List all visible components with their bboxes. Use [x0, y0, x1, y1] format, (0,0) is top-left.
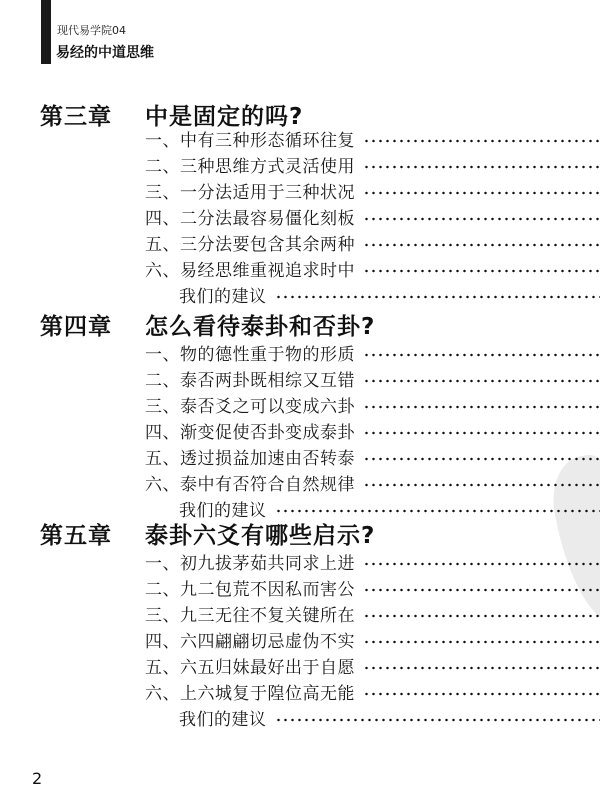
dot-leader: [363, 217, 600, 221]
toc-item-label: 三、九三无往不复关键所在: [145, 601, 355, 625]
toc-item[interactable]: 二、泰否两卦既相综又互错: [145, 366, 600, 390]
chapter-number: 第四章: [40, 308, 145, 341]
toc-item-label: 五、三分法要包含其余两种: [145, 230, 355, 254]
toc-item-label: 五、六五归妹最好出于自愿: [145, 653, 355, 677]
book-title: 易经的中道思维: [56, 42, 154, 62]
toc-item-label: 六、易经思维重视追求时中: [145, 256, 355, 280]
toc-item[interactable]: 二、九二包荒不因私而害公: [145, 575, 600, 599]
toc-item-label: 四、六四翩翩切忌虚伪不实: [145, 627, 355, 651]
dot-leader: [363, 243, 600, 247]
toc-item[interactable]: 四、二分法最容易僵化刻板: [145, 204, 600, 228]
toc-item[interactable]: 一、中有三种形态循环往复: [145, 126, 600, 150]
dot-leader: [363, 666, 600, 670]
dot-leader: [363, 353, 600, 357]
toc-item[interactable]: 三、一分法适用于三种状况: [145, 178, 600, 202]
toc-item-suggestion[interactable]: 我们的建议: [145, 282, 600, 306]
toc-item-label: 我们的建议: [145, 705, 267, 729]
toc-item-label: 六、上六城复于隍位高无能: [145, 679, 355, 703]
toc-item-label: 三、一分法适用于三种状况: [145, 178, 355, 202]
dot-leader: [363, 562, 600, 566]
dot-leader: [363, 640, 600, 644]
toc-item-suggestion[interactable]: 我们的建议: [145, 705, 600, 729]
chapter-heading[interactable]: 第五章 泰卦六爻有哪些启示?: [40, 519, 375, 547]
toc-item-label: 五、透过损益加速由否转泰: [145, 444, 355, 468]
toc-item[interactable]: 六、泰中有否符合自然规律: [145, 470, 600, 494]
dot-leader: [363, 588, 600, 592]
series-label: 现代易学院04: [57, 22, 126, 38]
dot-leader: [363, 614, 600, 618]
toc-item[interactable]: 三、泰否爻之可以变成六卦: [145, 392, 600, 416]
toc-item-label: 四、二分法最容易僵化刻板: [145, 204, 355, 228]
toc-item[interactable]: 五、三分法要包含其余两种: [145, 230, 600, 254]
toc-item[interactable]: 四、渐变促使否卦变成泰卦: [145, 418, 600, 442]
toc-item-label: 二、九二包荒不因私而害公: [145, 575, 355, 599]
dot-leader: [363, 405, 600, 409]
dot-leader: [275, 509, 600, 513]
toc-item-label: 二、泰否两卦既相综又互错: [145, 366, 355, 390]
dot-leader: [363, 483, 600, 487]
toc-item[interactable]: 二、三种思维方式灵活使用: [145, 152, 600, 176]
toc-item-label: 一、中有三种形态循环往复: [145, 126, 355, 150]
chapter-title: 怎么看待泰卦和否卦?: [145, 308, 375, 341]
dot-leader: [363, 431, 600, 435]
dot-leader: [363, 457, 600, 461]
dot-leader: [363, 165, 600, 169]
toc-item[interactable]: 一、初九拔茅茹共同求上进: [145, 549, 600, 573]
toc-item-label: 一、初九拔茅茹共同求上进: [145, 549, 355, 573]
toc-item[interactable]: 三、九三无往不复关键所在: [145, 601, 600, 625]
toc-item-label: 三、泰否爻之可以变成六卦: [145, 392, 355, 416]
dot-leader: [363, 379, 600, 383]
chapter-number: 第五章: [40, 517, 145, 550]
dot-leader: [363, 269, 600, 273]
header-side-bar: [41, 0, 51, 64]
chapter-number: 第三章: [40, 98, 145, 131]
toc-item[interactable]: 六、上六城复于隍位高无能: [145, 679, 600, 703]
dot-leader: [363, 191, 600, 195]
toc-item[interactable]: 五、六五归妹最好出于自愿: [145, 653, 600, 677]
page-number: 2: [32, 769, 42, 788]
toc-item-label: 一、物的德性重于物的形质: [145, 340, 355, 364]
toc-item-label: 二、三种思维方式灵活使用: [145, 152, 355, 176]
toc-item-label: 四、渐变促使否卦变成泰卦: [145, 418, 355, 442]
chapter-heading[interactable]: 第三章 中是固定的吗?: [40, 100, 303, 128]
toc-item[interactable]: 一、物的德性重于物的形质: [145, 340, 600, 364]
dot-leader: [363, 139, 600, 143]
dot-leader: [275, 718, 600, 722]
dot-leader: [363, 692, 600, 696]
toc-item-label: 六、泰中有否符合自然规律: [145, 470, 355, 494]
dot-leader: [275, 295, 600, 299]
chapter-heading[interactable]: 第四章 怎么看待泰卦和否卦?: [40, 310, 375, 338]
toc-item[interactable]: 六、易经思维重视追求时中: [145, 256, 600, 280]
toc-item[interactable]: 四、六四翩翩切忌虚伪不实: [145, 627, 600, 651]
toc-item[interactable]: 五、透过损益加速由否转泰: [145, 444, 600, 468]
chapter-title: 泰卦六爻有哪些启示?: [145, 517, 375, 550]
toc-item-label: 我们的建议: [145, 282, 267, 306]
